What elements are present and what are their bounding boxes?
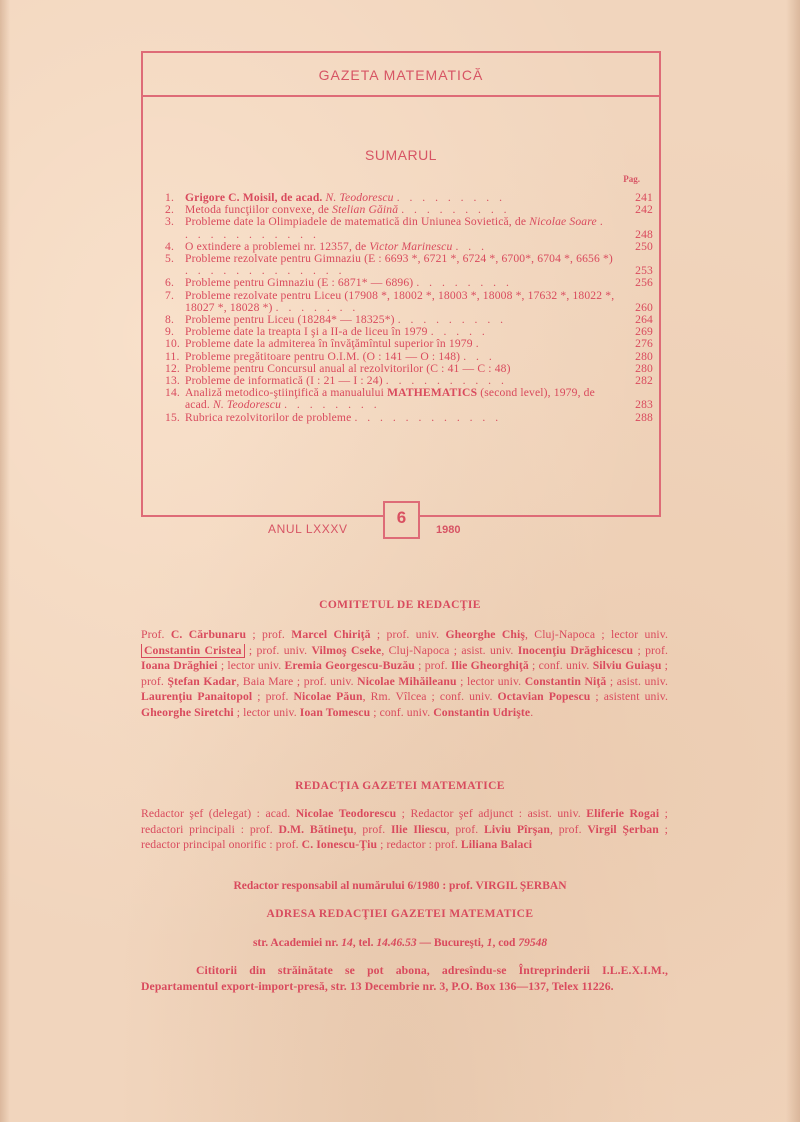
page-edge-left xyxy=(0,0,10,1122)
magazine-title: GAZETA MATEMATICĂ xyxy=(319,67,484,83)
responsible-editor: Redactor responsabil al numărului 6/1980… xyxy=(100,880,700,892)
issue-year: 1980 xyxy=(436,524,460,536)
page-column-label: Pag. xyxy=(623,174,640,184)
toc-page-number: 256 xyxy=(621,277,653,289)
rule-right xyxy=(420,515,661,517)
committee-members: Prof. C. Cărbunaru ; prof. Marcel Chiriţ… xyxy=(141,627,668,721)
committee-heading: COMITETUL DE REDACŢIE xyxy=(100,599,700,611)
toc-page-number: 250 xyxy=(621,241,653,253)
toc-page-number: 280 xyxy=(621,351,653,363)
rule-left xyxy=(141,515,383,517)
address-line: str. Academiei nr. 14, tel. 14.46.53 — B… xyxy=(100,937,700,949)
toc-page-number: 288 xyxy=(621,412,653,424)
toc-page-number: 276 xyxy=(621,338,653,350)
toc-item[interactable]: 5. Probleme rezolvate pentru Gimnaziu (E… xyxy=(165,253,653,277)
address-heading: ADRESA REDACŢIEI GAZETEI MATEMATICE xyxy=(100,908,700,920)
toc-item[interactable]: 15. Rubrica rezolvitorilor de probleme .… xyxy=(165,412,653,424)
masthead: GAZETA MATEMATICĂ xyxy=(143,53,659,97)
toc-page-number: 242 xyxy=(621,204,653,216)
editorial-staff: Redactor şef (delegat) : acad. Nicolae T… xyxy=(141,806,668,853)
contents-frame: GAZETA MATEMATICĂ SUMARUL Pag. 1. Grigor… xyxy=(141,51,661,516)
toc-page-number: 248 xyxy=(621,229,653,241)
subscription-info: Cititorii din străinătate se pot abona, … xyxy=(141,963,668,994)
toc-page-number: 282 xyxy=(621,375,653,387)
toc-item[interactable]: 7. Probleme rezolvate pentru Liceu (1790… xyxy=(165,290,653,314)
editorial-heading: REDACŢIA GAZETEI MATEMATICE xyxy=(100,780,700,792)
issue-number-badge: 6 xyxy=(383,501,420,539)
toc-page-number: 283 xyxy=(621,399,653,411)
highlighted-name: Constantin Cristea xyxy=(141,644,245,658)
page-edge-right xyxy=(786,0,800,1122)
toc-item[interactable]: 14. Analiză metodico-ştiinţifică a manua… xyxy=(165,387,653,411)
volume-label: ANUL LXXXV xyxy=(268,522,348,536)
table-of-contents: 1. Grigore C. Moisil, de acad. N. Teodor… xyxy=(165,192,653,424)
toc-title: SUMARUL xyxy=(143,147,659,163)
toc-item[interactable]: 3. Probleme date la Olimpiadele de matem… xyxy=(165,216,653,240)
